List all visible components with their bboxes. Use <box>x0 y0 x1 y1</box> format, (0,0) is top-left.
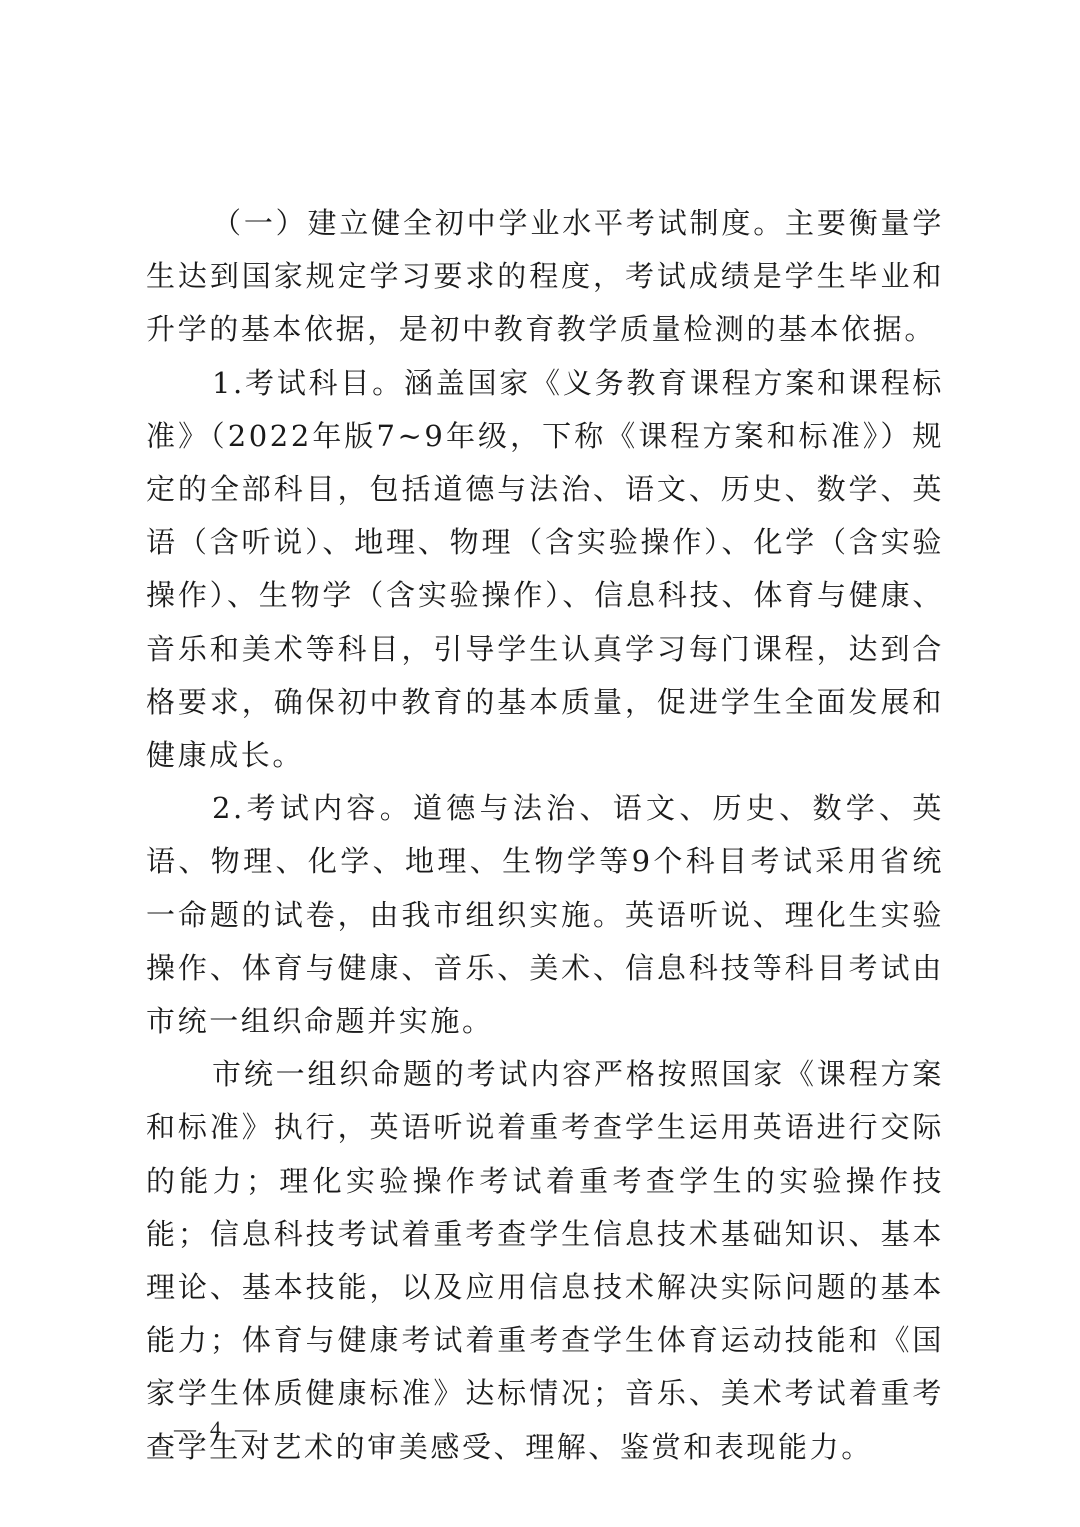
document-body: （一）建立健全初中学业水平考试制度。主要衡量学生达到国家规定学习要求的程度，考试… <box>146 197 944 1474</box>
paragraph-exam-subjects: 1.考试科目。涵盖国家《义务教育课程方案和课程标准》（2022年版7~9年级，下… <box>146 357 944 783</box>
paragraph-city-exam-content: 市统一组织命题的考试内容严格按照国家《课程方案和标准》执行，英语听说着重考查学生… <box>146 1048 944 1474</box>
paragraph-exam-content: 2.考试内容。道德与法治、语文、历史、数学、英语、物理、化学、地理、生物学等9个… <box>146 782 944 1048</box>
paragraph-section-heading: （一）建立健全初中学业水平考试制度。主要衡量学生达到国家规定学习要求的程度，考试… <box>146 197 944 357</box>
page-number: — 4 — <box>174 1416 258 1442</box>
